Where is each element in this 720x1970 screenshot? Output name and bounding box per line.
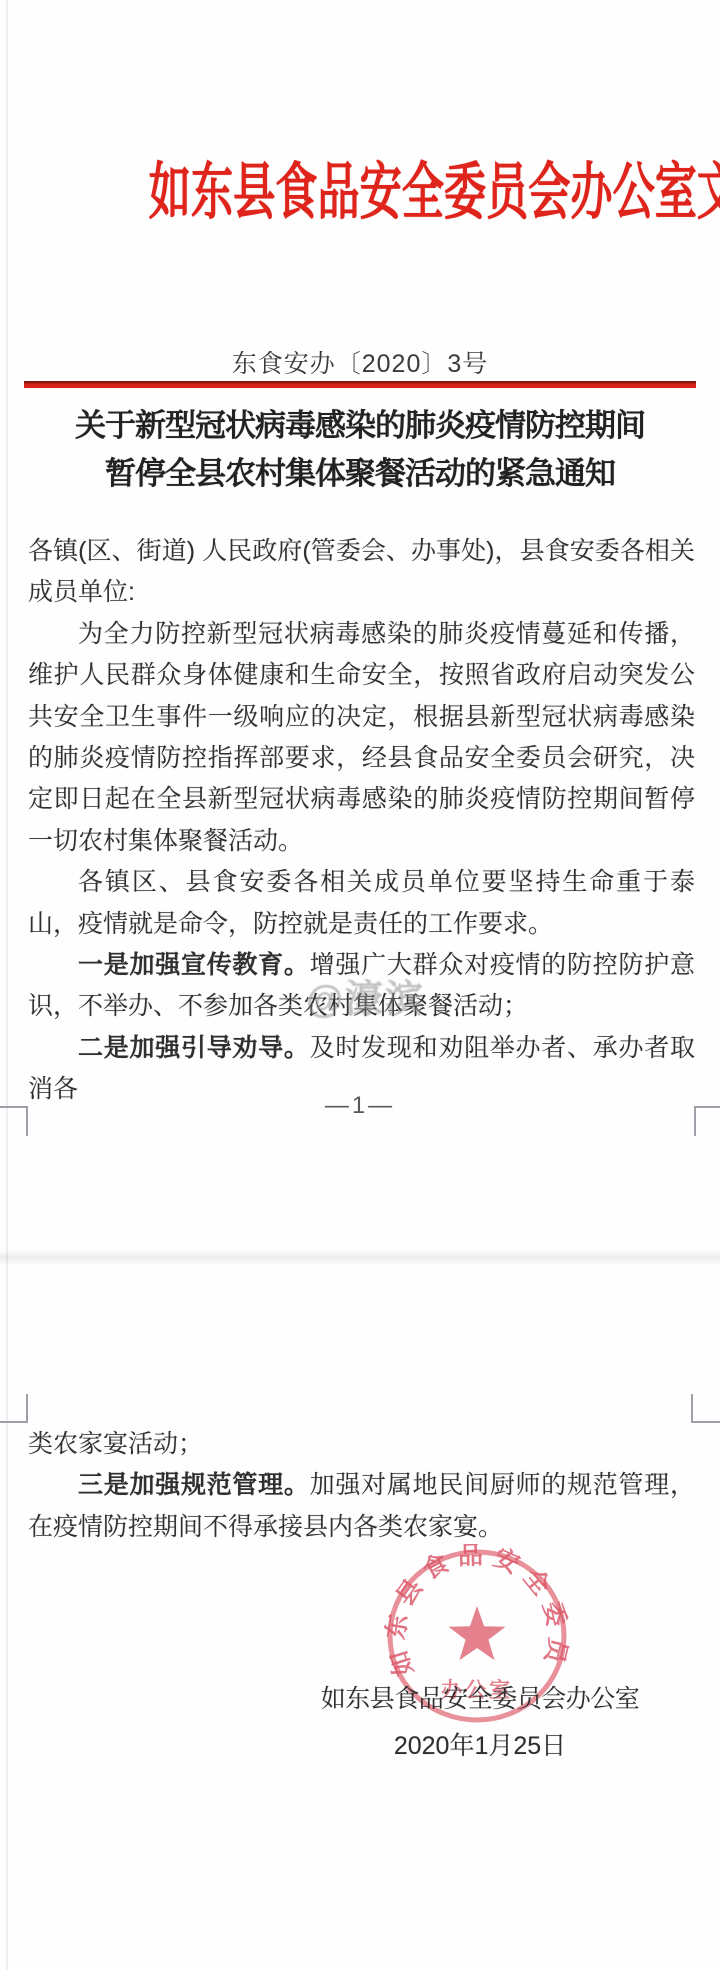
corner-mark-page1-left	[0, 1106, 28, 1136]
item1-lead: 一是加强宣传教育。	[78, 951, 310, 979]
salutation: 各镇(区、街道) 人民政府(管委会、办事处)，县食安委各相关成员单位:	[28, 531, 695, 614]
notice-title-line2: 暂停全县农村集体聚餐活动的紧急通知	[0, 450, 720, 498]
corner-mark-page1-right	[694, 1106, 720, 1136]
notice-title-line1: 关于新型冠状病毒感染的肺炎疫情防控期间	[0, 402, 720, 450]
paragraph-item2-page2: 类农家宴活动；	[28, 1424, 695, 1465]
paragraph-item1: 一是加强宣传教育。增强广大群众对疫情的防控防护意识，不举办、不参加各类农村集体聚…	[28, 945, 695, 1028]
letterhead-title: 如东县食品安全委员会办公室文件	[149, 142, 720, 231]
item2-lead: 二是加强引导劝导。	[78, 1034, 310, 1062]
corner-mark-page2-left	[0, 1394, 28, 1423]
page-number: —1—	[0, 1092, 720, 1120]
document-photo: 如东县食品安全委员会办公室文件 东食安办〔2020〕3号 关于新型冠状病毒感染的…	[0, 0, 720, 1970]
paragraph-item3: 三是加强规范管理。加强对属地民间厨师的规范管理，在疫情防控期间不得承接县内各类农…	[28, 1465, 695, 1548]
document-number: 东食安办〔2020〕3号	[0, 344, 720, 380]
letterhead: 如东县食品安全委员会办公室文件	[0, 142, 720, 231]
red-separator-rule	[24, 381, 696, 388]
signature-org: 如东县食品安全委员会办公室	[240, 1679, 720, 1715]
paragraph-requirement: 各镇区、县食安委各相关成员单位要坚持生命重于泰山，疫情就是命令，防控就是责任的工…	[28, 862, 695, 945]
page1-body: 各镇(区、街道) 人民政府(管委会、办事处)，县食安委各相关成员单位: 为全力防…	[28, 531, 695, 1111]
paragraph-prevention: 为全力防控新型冠状病毒感染的肺炎疫情蔓延和传播，维护人民群众身体健康和生命安全，…	[28, 614, 695, 862]
signature-date: 2020年1月25日	[240, 1726, 720, 1762]
signature-block: 如东县食品安全委员会办公室 2020年1月25日	[240, 1679, 720, 1762]
seal-star-icon	[449, 1606, 506, 1660]
page2-body: 类农家宴活动； 三是加强规范管理。加强对属地民间厨师的规范管理，在疫情防控期间不…	[28, 1424, 695, 1548]
corner-mark-page2-right	[691, 1394, 720, 1423]
notice-title: 关于新型冠状病毒感染的肺炎疫情防控期间 暂停全县农村集体聚餐活动的紧急通知	[0, 402, 720, 498]
page-gap-shadow	[0, 1250, 720, 1266]
page-left-edge	[6, 0, 8, 1970]
item3-lead: 三是加强规范管理。	[78, 1471, 310, 1499]
